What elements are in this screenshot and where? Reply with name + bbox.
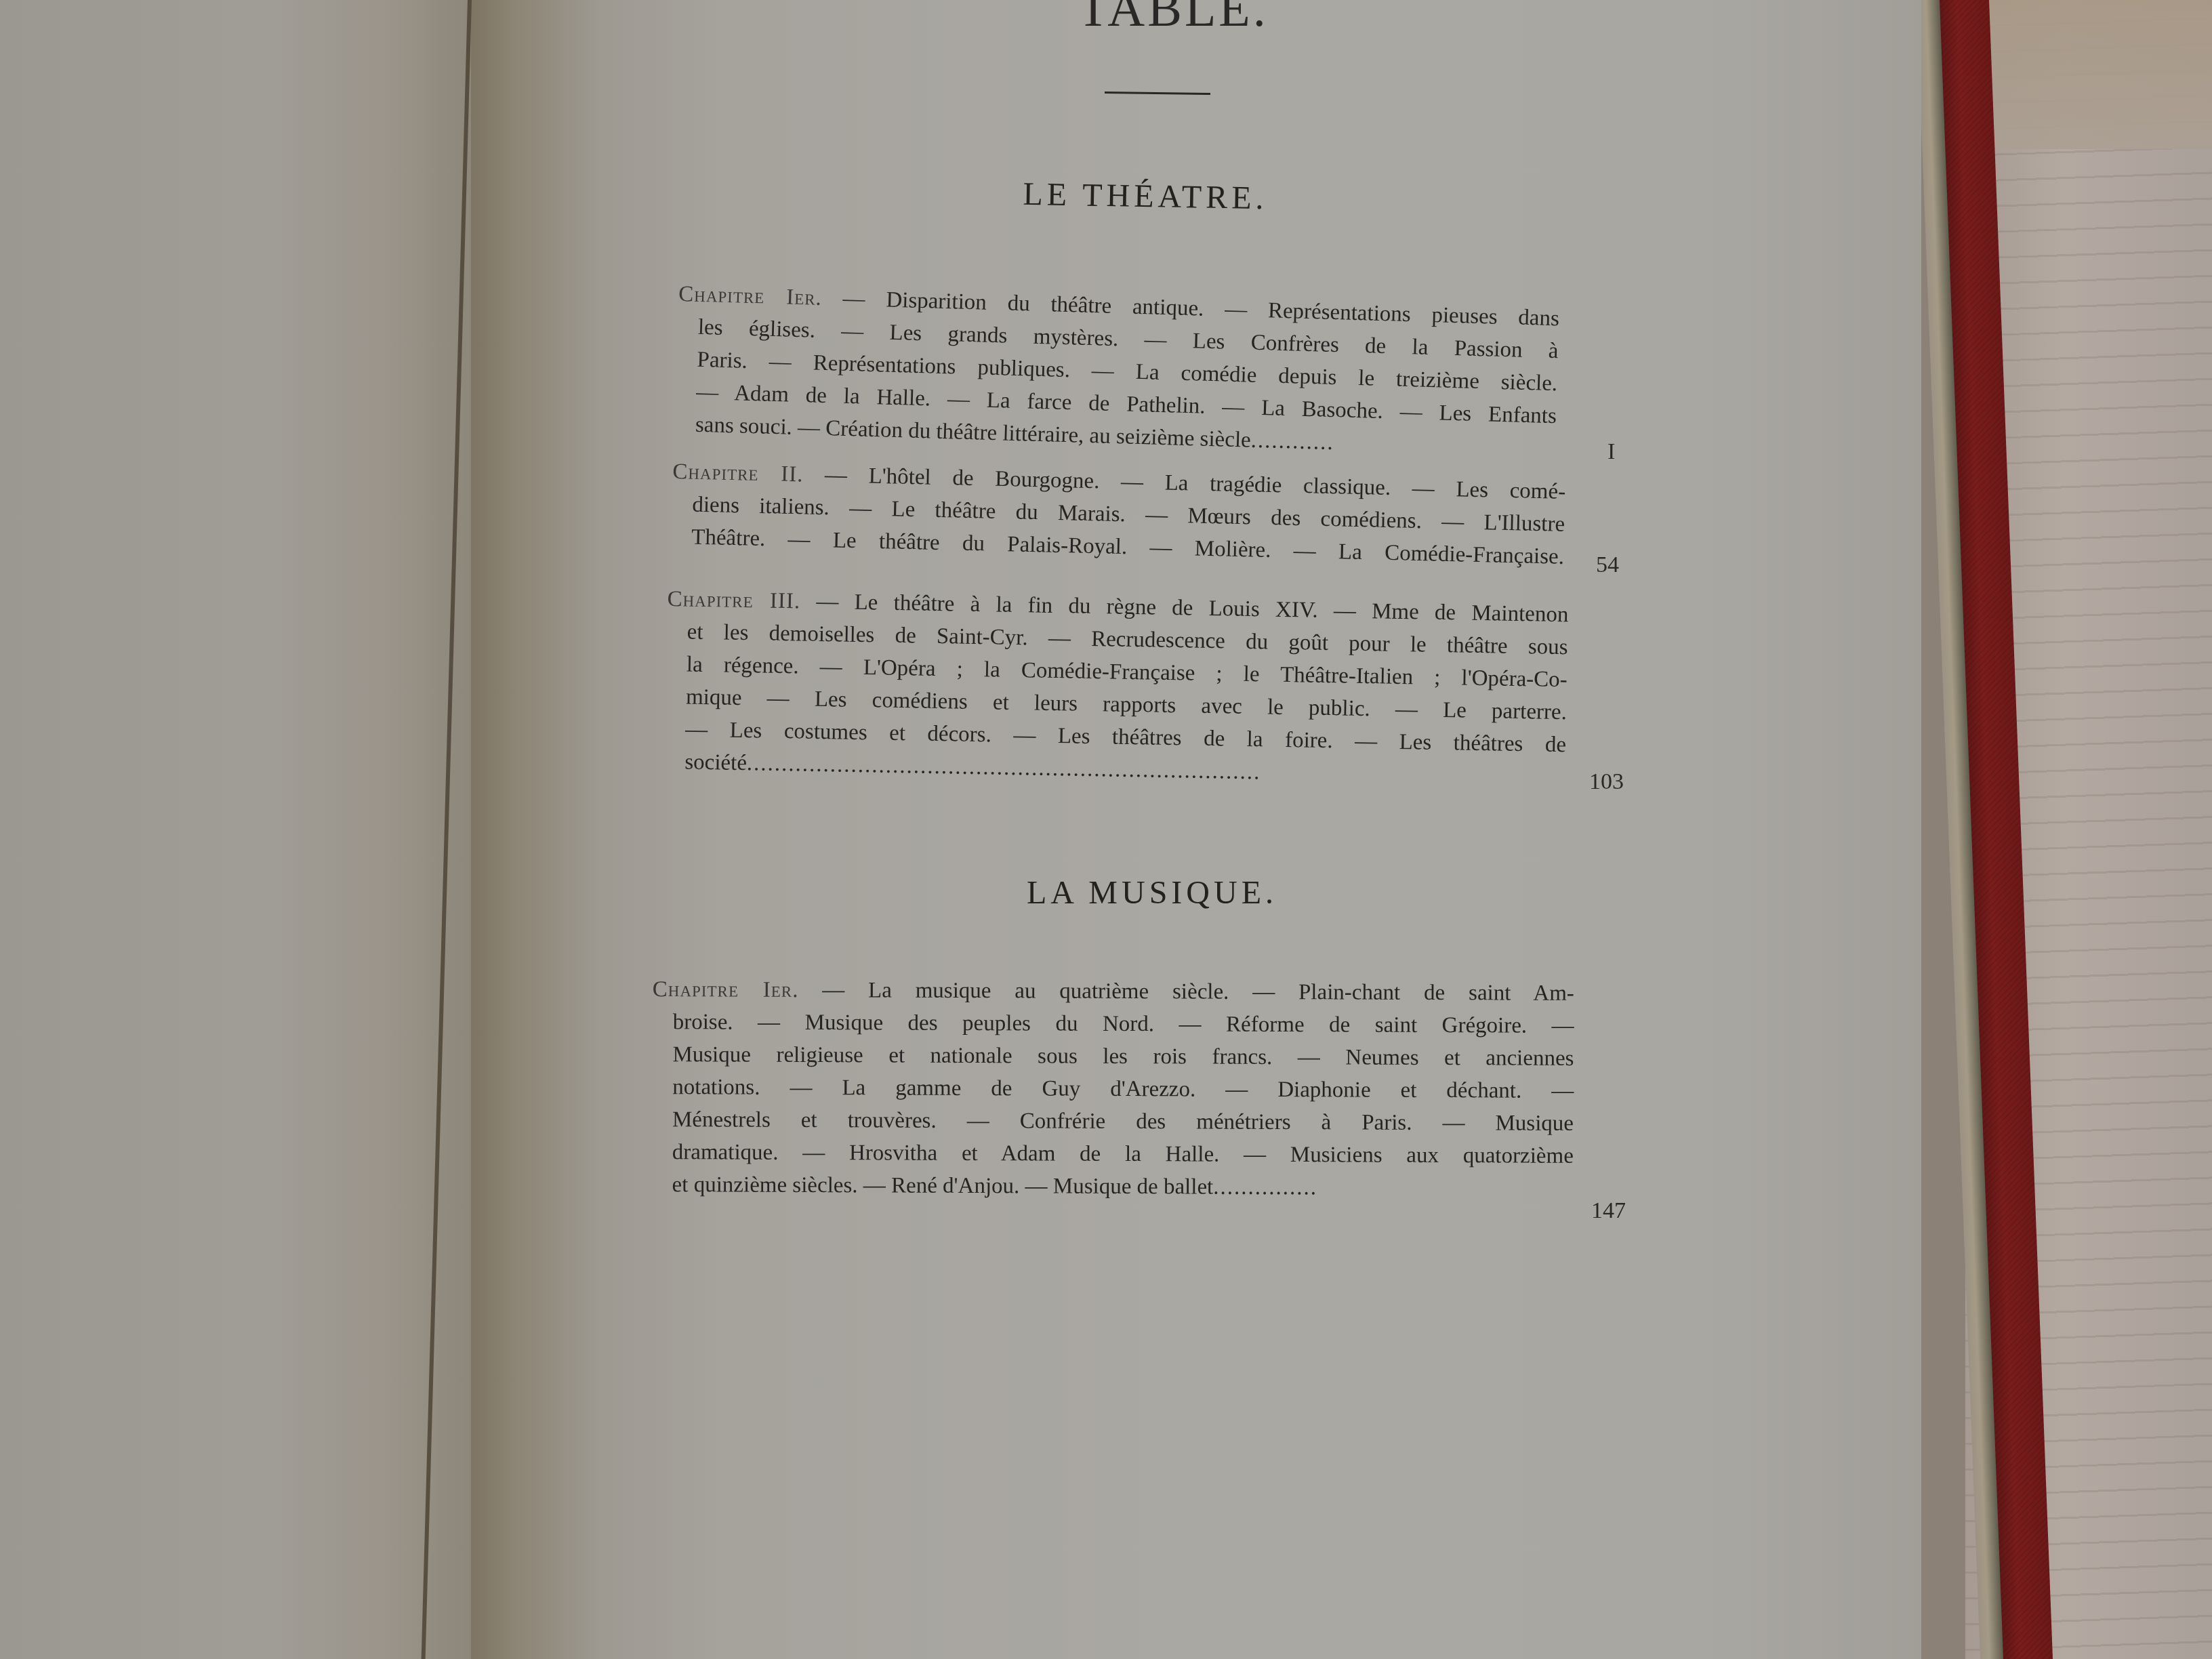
dot-leader: ............... [1213,1175,1317,1200]
page-number: 103 [1589,769,1624,795]
page-title: TABLE. [1078,0,1254,39]
toc-line: Chapitre Ier. — La musique au quatrième … [653,973,1574,1010]
toc-line: Musique religieuse et nationale sous les… [652,1038,1574,1075]
title-divider-rule [1105,91,1210,95]
section-title-theatre: LE THÉATRE. [976,175,1315,218]
toc-line: Ménestrels et trouvères. — Confrérie des… [652,1103,1574,1140]
section-title-musique: LA MUSIQUE. [976,874,1328,912]
page-number: I [1607,439,1615,465]
toc-line: et quinzième siècles. — René d'Anjou. — … [652,1168,1574,1205]
toc-line: dramatique. — Hrosvitha et Adam de la Ha… [652,1136,1574,1172]
page-number: 54 [1596,552,1619,578]
toc-entry-theatre-chapter-3: Chapitre III. — Le théâtre à la fin du r… [664,583,1569,794]
toc-line: broise. — Musique des peuples du Nord. —… [653,1006,1574,1042]
toc-entry-theatre-chapter-1: Chapitre Ier. — Disparition du théâtre a… [674,278,1559,465]
toc-entry-theatre-chapter-2: Chapitre II. — L'hôtel de Bourgogne. — L… [671,455,1566,573]
toc-line: notations. — La gamme de Guy d'Arezzo. —… [652,1071,1574,1107]
chapter-label: Chapitre II. [672,459,804,487]
dot-leader: ........................................… [747,751,1261,784]
page-number: 147 [1591,1198,1626,1224]
chapter-label: Chapitre Ier. [678,282,823,310]
chapter-label: Chapitre III. [667,587,800,613]
toc-entry-musique-chapter-1: Chapitre Ier. — La musique au quatrième … [652,973,1574,1205]
dot-leader: ............ [1250,428,1334,455]
table-of-contents: TABLE. LE THÉATRE. Chapitre Ier. — Dispa… [0,0,2212,1659]
chapter-label: Chapitre Ier. [653,977,799,1002]
